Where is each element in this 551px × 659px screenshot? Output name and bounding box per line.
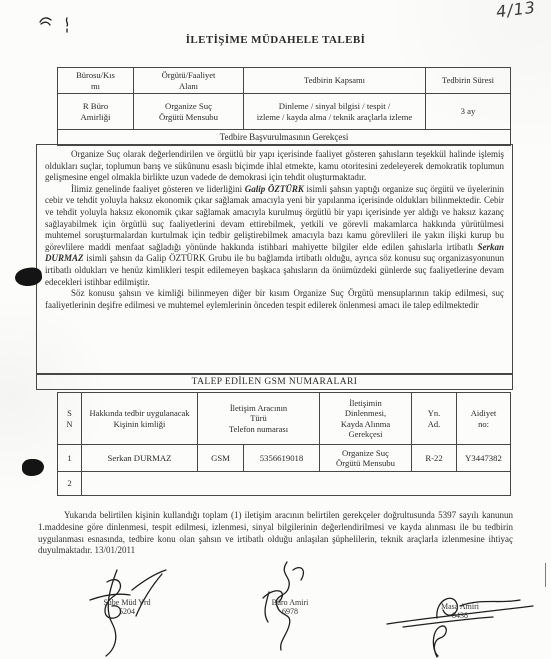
gsm-header-row: S N Hakkında tedbir uygulanacak Kişinin …: [58, 393, 511, 445]
cell-reason: Organize Suç Örgütü Mensubu: [320, 445, 412, 472]
cell-kapsam: Dinleme / sinyal bilgisi / tespit / izle…: [244, 94, 426, 130]
gsm-table: S N Hakkında tedbir uygulanacak Kişinin …: [57, 392, 511, 496]
signature-number: 8438: [385, 611, 535, 620]
col-header-kapsam: Tedbirin Kapsamı: [244, 68, 426, 94]
cell-buro: R Büro Amirliği: [58, 94, 134, 130]
col-header-orgut: Örgütü/Faaliyet Alanı: [134, 68, 244, 94]
cell-aidiyet: Y3447382: [457, 445, 511, 472]
justification-paragraph: Söz konusu şahsın ve kimliği bilinmeyen …: [45, 288, 504, 311]
cell-yn-ad: R-22: [412, 445, 457, 472]
gsm-section-title: TALEP EDİLEN GSM NUMARALARI: [36, 374, 513, 390]
justification-box: Organize Suç olarak değerlendirilen ve ö…: [36, 144, 513, 374]
signature-title: Masa Amiri: [385, 602, 535, 611]
col-header-sn: S N: [58, 393, 82, 445]
signature-title: Şube Müd Yrd: [62, 598, 192, 607]
justification-paragraph: İlimiz genelinde faaliyet gösteren ve li…: [45, 184, 504, 288]
cell-type: GSM: [198, 445, 244, 472]
partial-signature-icon: [412, 622, 457, 659]
closing-paragraph: Yukarıda belirtilen kişinin kullandığı t…: [38, 510, 513, 557]
scan-edge-artifact: [545, 563, 546, 587]
signature-block-sube-mud-yrd: Şube Müd Yrd 5204: [62, 568, 192, 659]
document-title: İLETİŞİME MÜDAHELE TALEBİ: [0, 34, 551, 46]
gsm-row-2: 2: [58, 472, 511, 496]
col-header-comm-tool: İletişim Aracının TürüTelefon numarası: [198, 393, 320, 445]
handwritten-mark-icon: [38, 14, 54, 28]
col-header-aidiyet: Aidiyet no:: [457, 393, 511, 445]
col-header-sure: Tedbirin Süresi: [426, 68, 511, 94]
signature-block-masa-amiri: Masa Amiri 8438: [385, 590, 535, 635]
measure-table: Bürosu/Kıs mı Örgütü/Faaliyet Alanı Tedb…: [57, 67, 511, 146]
hole-punch-mark: [22, 459, 44, 476]
cell-sure: 3 ay: [426, 94, 511, 130]
col-header-buro: Bürosu/Kıs mı: [58, 68, 134, 94]
table-row: R Büro Amirliği Organize Suç Örgütü Mens…: [58, 94, 511, 130]
cell-empty: [82, 472, 511, 496]
signature-number: 6978: [235, 607, 345, 616]
col-header-identity: Hakkında tedbir uygulanacak Kişinin kiml…: [82, 393, 198, 445]
scanned-document: 4/13 İLETİŞİME MÜDAHELE TALEBİ Bürosu/Kı…: [0, 0, 551, 659]
signature-block-buro-amiri: Büro Amiri 6978: [235, 560, 345, 652]
signature-number: 5204: [62, 607, 192, 616]
comm-tool-type-label: İletişim Aracının Türü: [200, 403, 317, 424]
gsm-row-1: 1 Serkan DURMAZ GSM 5356619018 Organize …: [58, 445, 511, 472]
cell-number: 5356619018: [244, 445, 320, 472]
comm-tool-phone-label: Telefon numarası: [200, 424, 317, 435]
justification-paragraph: Organize Suç olarak değerlendirilen ve ö…: [45, 149, 504, 184]
cell-name: Serkan DURMAZ: [82, 445, 198, 472]
cell-orgut: Organize Suç Örgütü Mensubu: [134, 94, 244, 130]
handwritten-mark-icon: [62, 16, 72, 34]
signature-title: Büro Amiri: [235, 598, 345, 607]
col-header-yn-ad: Yn. Ad.: [412, 393, 457, 445]
col-header-reason: İletişimin Dinlenmesi, Kayda Alınma Gere…: [320, 393, 412, 445]
handwritten-page-number: 4/13: [495, 0, 537, 21]
cell-sn: 2: [58, 472, 82, 496]
cell-sn: 1: [58, 445, 82, 472]
